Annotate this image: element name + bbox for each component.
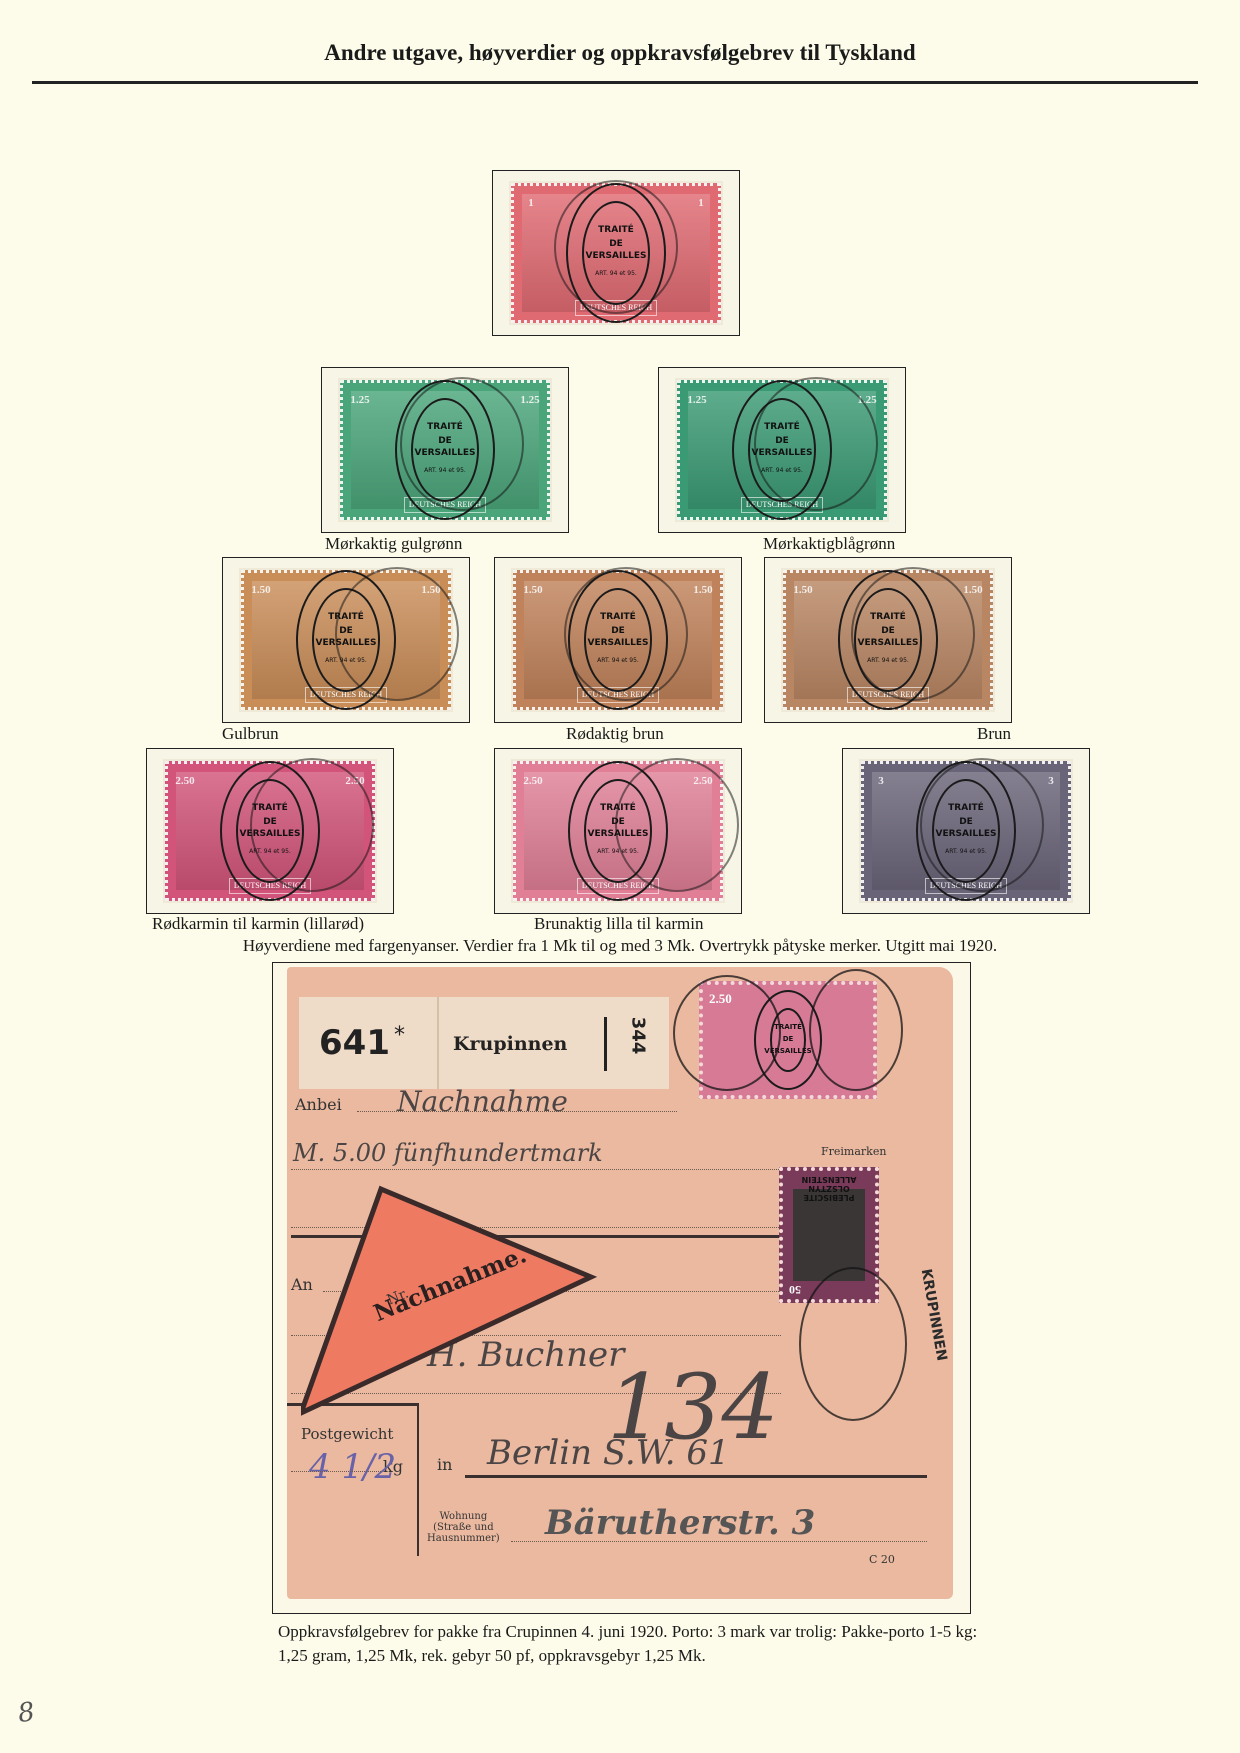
- caption-blagronn: Mørkaktigblågrønn: [763, 534, 895, 554]
- field-freimarken-label: Freimarken: [821, 1145, 886, 1158]
- stamp-box-150-gulbrun: 1.50 1.50 DEUTSCHES REICH TRAITÉ DE VERS…: [222, 557, 470, 723]
- postmark-right: [809, 969, 903, 1091]
- postmark: [554, 180, 678, 314]
- caption-gulgronn: Mørkaktig gulgrønn: [325, 534, 462, 554]
- title-rule: [32, 81, 1198, 84]
- caption-gulbrun: Gulbrun: [222, 724, 279, 744]
- postmark-left: [673, 975, 781, 1091]
- stamp: 2.50 2.50 DEUTSCHES REICH TRAITÉ DE VERS…: [513, 761, 723, 901]
- caption-rodaktig-brun: Rødaktig brun: [566, 724, 664, 744]
- postmark: [335, 567, 459, 701]
- caption-brun: Brun: [977, 724, 1011, 744]
- page-number: 8: [16, 1697, 37, 1729]
- stamp-box-250-rodkarmin: 2.50 2.50 DEUTSCHES REICH TRAITÉ DE VERS…: [146, 748, 394, 914]
- label-fold: [437, 997, 439, 1089]
- field-amount-line: [291, 1169, 781, 1170]
- postmark: [250, 758, 374, 892]
- section-note: Høyverdiene med fargenyanser. Verdier fr…: [0, 936, 1240, 956]
- postmark: [754, 377, 878, 511]
- stamp: 2.50 2.50 DEUTSCHES REICH TRAITÉ DE VERS…: [165, 761, 375, 901]
- hand-city: Berlin S.W. 61: [487, 1433, 730, 1473]
- caption-rodkarmin: Rødkarmin til karmin (lillarød): [152, 914, 364, 934]
- stamp: 1.25 1.25 DEUTSCHES REICH TRAITÉ DE VERS…: [340, 380, 550, 520]
- stamp-box-3mk: 3 3 DEUTSCHES REICH TRAITÉ DE VERSAILLES…: [842, 748, 1090, 914]
- card-stamp-overprint: PLEBISCITE OLSZTYN ALLENSTEIN: [783, 1175, 875, 1202]
- hand-anbei: Nachnahme: [397, 1085, 568, 1118]
- field-postgewicht-label: Postgewicht: [301, 1425, 393, 1443]
- registration-label: 641* Krupinnen 344: [299, 997, 669, 1089]
- field-in-label: in: [437, 1455, 452, 1474]
- card-caption: Oppkravsfølgebrev for pakke fra Crupinne…: [278, 1620, 978, 1668]
- stamp-box-250-brunaktig: 2.50 2.50 DEUTSCHES REICH TRAITÉ DE VERS…: [494, 748, 742, 914]
- postmark: [564, 567, 688, 701]
- field-in-rule: [465, 1475, 927, 1478]
- form-code: C 20: [869, 1553, 895, 1566]
- stamp-box-150-brun: 1.50 1.50 DEUTSCHES REICH TRAITÉ DE VERS…: [764, 557, 1012, 723]
- stamp-box-125-blagronn: 1.25 1.25 DEUTSCHES REICH TRAITÉ DE VERS…: [658, 367, 906, 533]
- field-wohnung-label: Wohnung (Straße und Hausnummer): [427, 1511, 500, 1544]
- postmark: [851, 567, 975, 701]
- stamp-box-1mk: 1 1 DEUTSCHES REICH TRAITÉ DE VERSAILLES…: [492, 170, 740, 336]
- postmark-text: KRUPINNEN: [918, 1268, 950, 1363]
- caption-brunaktig-lilla: Brunaktig lilla til karmin: [534, 914, 704, 934]
- stamp-box-125-gulgronn: 1.25 1.25 DEUTSCHES REICH TRAITÉ DE VERS…: [321, 367, 569, 533]
- postmark-lower: [799, 1267, 907, 1421]
- card-stamp-50-value: 50: [789, 1282, 801, 1297]
- stamp: 1.50 1.50 DEUTSCHES REICH TRAITÉ DE VERS…: [513, 570, 723, 710]
- stamp: 1.25 1.25 DEUTSCHES REICH TRAITÉ DE VERS…: [677, 380, 887, 520]
- parcel-card: 641* Krupinnen 344 Anbei Nachnahme M. 5.…: [272, 962, 971, 1614]
- label-bar: [604, 1017, 607, 1071]
- stamp: 1.50 1.50 DEUTSCHES REICH TRAITÉ DE VERS…: [783, 570, 993, 710]
- page-title: Andre utgave, høyverdier og oppkravsfølg…: [0, 40, 1240, 66]
- label-place: Krupinnen: [453, 1033, 567, 1055]
- postmark: [400, 377, 524, 511]
- stamp-box-150-rodaktig: 1.50 1.50 DEUTSCHES REICH TRAITÉ DE VERS…: [494, 557, 742, 723]
- label-sub-number: 344: [627, 1017, 648, 1055]
- stamp: 1.50 1.50 DEUTSCHES REICH TRAITÉ DE VERS…: [241, 570, 451, 710]
- stamp: 1 1 DEUTSCHES REICH TRAITÉ DE VERSAILLES…: [511, 183, 721, 323]
- hand-amount: M. 5.00 fünfhundertmark: [293, 1139, 603, 1167]
- postmark: [615, 758, 739, 892]
- label-number: 641*: [319, 1023, 405, 1063]
- card-paper: 641* Krupinnen 344 Anbei Nachnahme M. 5.…: [287, 967, 953, 1599]
- field-anbei-label: Anbei: [295, 1095, 342, 1114]
- weight-line: [291, 1471, 381, 1472]
- hand-street: Bärutherstr. 3: [545, 1503, 815, 1543]
- hand-weight: 4 1/2: [309, 1447, 396, 1487]
- stamp: 3 3 DEUTSCHES REICH TRAITÉ DE VERSAILLES…: [861, 761, 1071, 901]
- postmark: [920, 758, 1044, 892]
